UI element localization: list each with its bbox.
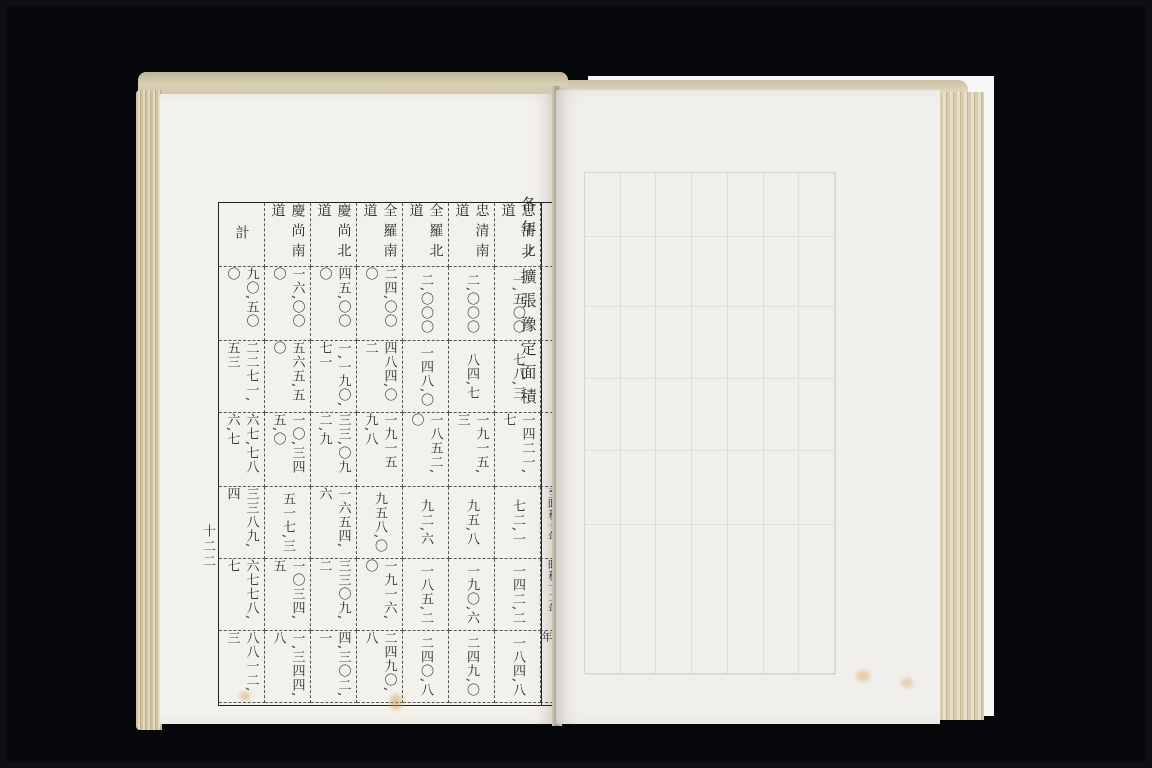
- col-header: 慶尚北道: [311, 203, 357, 267]
- page-stack-left: [136, 90, 162, 730]
- open-book: 十二二 計 慶尚南道 慶尚北道 全羅南道 全羅北道 忠清南道 忠清北道 九〇,五…: [128, 72, 998, 732]
- table-cell: 九二,六: [403, 487, 449, 559]
- table-cell: 四八四,〇二: [357, 341, 403, 413]
- table-cell: 二,〇〇〇: [449, 267, 495, 341]
- table-cell: 八四,七: [449, 341, 495, 413]
- table-cell: 九五,八: [449, 487, 495, 559]
- table-cell: 一六五四,六: [311, 487, 357, 559]
- table-cell: 一〇,三四五,〇: [265, 413, 311, 487]
- table-cell: 二四,〇〇〇: [357, 267, 403, 341]
- table-cell: 一,三四四,八: [265, 631, 311, 703]
- col-header: 慶尚南道: [265, 203, 311, 267]
- table-cell: 五六五,五〇: [265, 341, 311, 413]
- table-cell: 一四二,二: [495, 559, 541, 631]
- table-cell: 一九〇,六: [449, 559, 495, 631]
- table-cell: 三三〇九,二: [311, 559, 357, 631]
- table-cell: 六七,七八六,七: [219, 413, 265, 487]
- table-cell: 七二,一: [495, 487, 541, 559]
- stain: [240, 692, 250, 700]
- table-cell: 一〇三四,五: [265, 559, 311, 631]
- table-cell: 二,〇〇〇: [403, 267, 449, 341]
- table-cell: 一八五,二: [403, 559, 449, 631]
- stain: [901, 678, 913, 688]
- stain: [390, 694, 402, 710]
- table-cell: 一九一五,三: [449, 413, 495, 487]
- table-cell: 五一七,三: [265, 487, 311, 559]
- page-stack-right: [940, 92, 984, 720]
- table-cell: 一,一九〇,七一: [311, 341, 357, 413]
- table-cell: 二四九,〇: [449, 631, 495, 703]
- right-page: [556, 90, 940, 724]
- col-header: 全羅南道: [357, 203, 403, 267]
- table-cell: 六七七八,七: [219, 559, 265, 631]
- table-cell: 二二七一,五三: [219, 341, 265, 413]
- table-cell: 一九一六,〇: [357, 559, 403, 631]
- table-cell: 一六,〇〇〇: [265, 267, 311, 341]
- table-cell: 一四八,〇: [403, 341, 449, 413]
- table-cell: 九五八,〇: [357, 487, 403, 559]
- table-cell: 一八五二,〇: [403, 413, 449, 487]
- expansion-area-table: 計 慶尚南道 慶尚北道 全羅南道 全羅北道 忠清南道 忠清北道 九〇,五〇〇 一…: [218, 202, 542, 706]
- col-header: 計: [219, 203, 265, 267]
- left-page: 十二二 計 慶尚南道 慶尚北道 全羅南道 全羅北道 忠清南道 忠清北道 九〇,五…: [160, 94, 556, 724]
- table-cell: 二四〇,八: [403, 631, 449, 703]
- table-cell: 二四九〇,八: [357, 631, 403, 703]
- page-number: 十二二: [198, 524, 217, 569]
- stain: [856, 670, 870, 682]
- bleed-through-table: [584, 172, 836, 674]
- table-cell: 一八四,八: [495, 631, 541, 703]
- table-cell: 九〇,五〇〇: [219, 267, 265, 341]
- table-cell: 一九一五九,八: [357, 413, 403, 487]
- table-cell: 四,三〇二,一: [311, 631, 357, 703]
- document-title: 各年ノ擴張豫定面積: [516, 196, 539, 412]
- col-header: 忠清南道: [449, 203, 495, 267]
- col-header: 全羅北道: [403, 203, 449, 267]
- table-cell: 三三,〇九二,九: [311, 413, 357, 487]
- table-cell: 三三八九,四: [219, 487, 265, 559]
- table-cell: 四五,〇〇〇: [311, 267, 357, 341]
